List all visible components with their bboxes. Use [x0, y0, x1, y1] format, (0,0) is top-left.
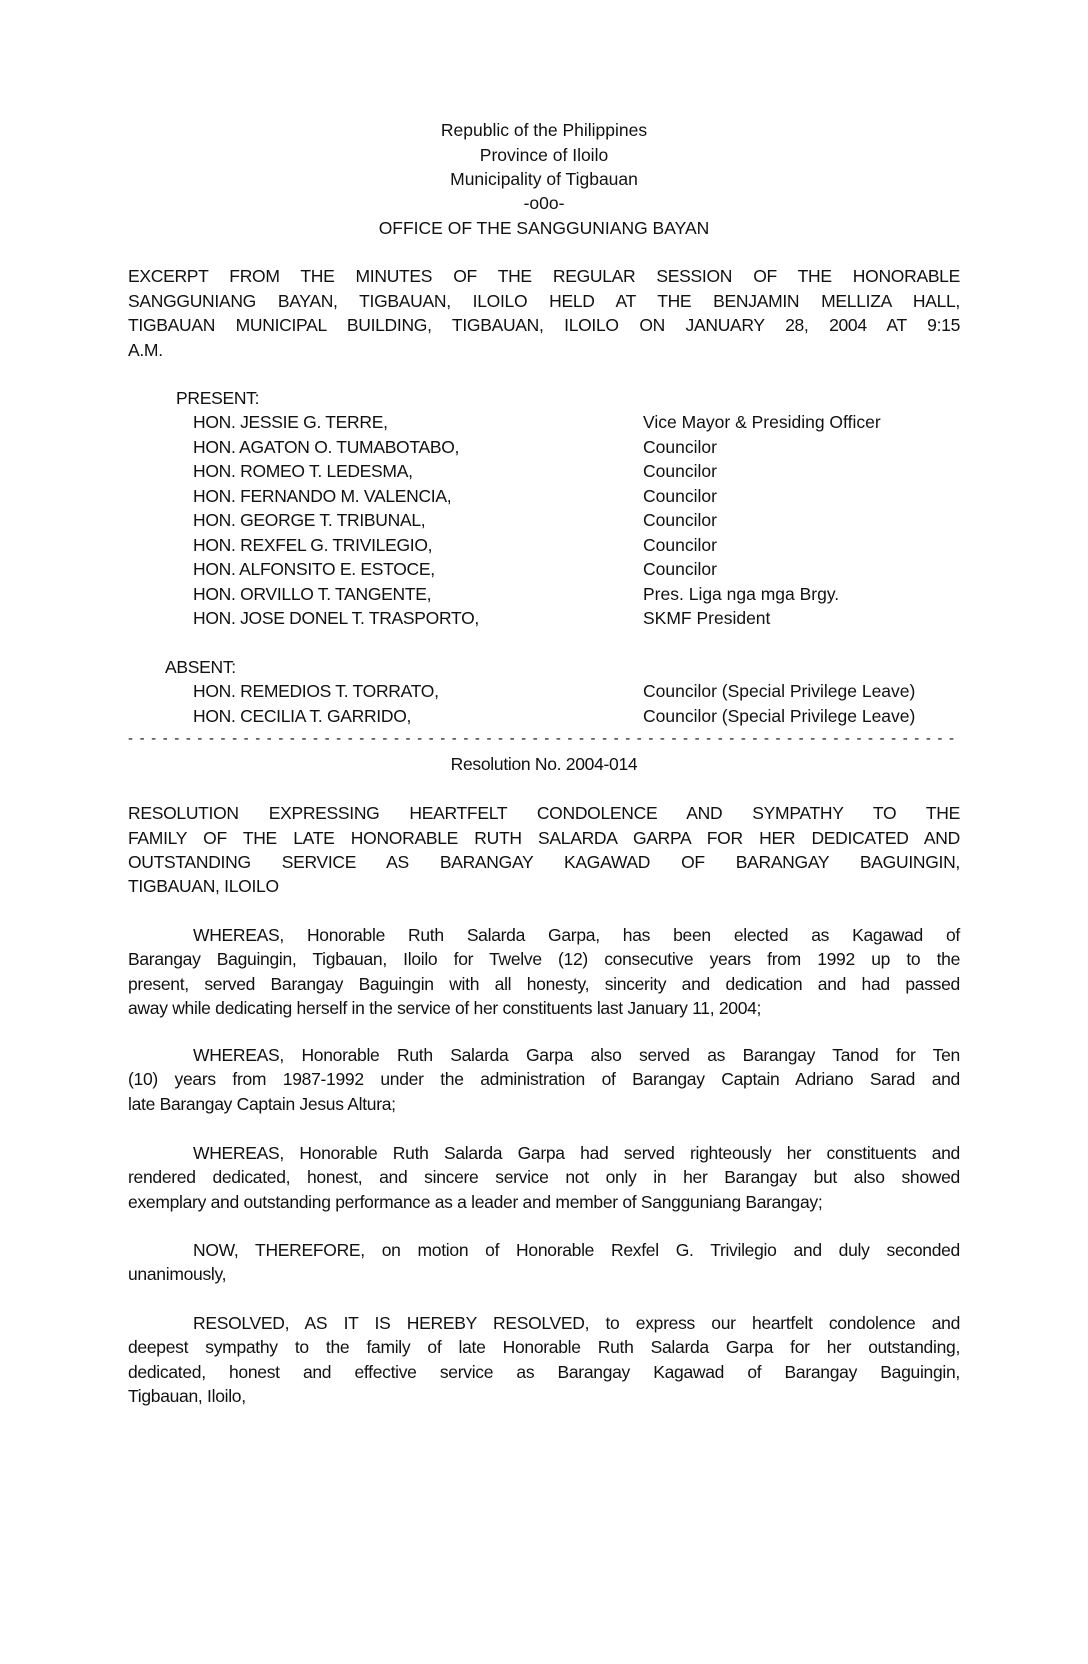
paragraph-line: dedicated, honest and effective service … [128, 1362, 960, 1383]
paragraph-line: RESOLVED, AS IT IS HEREBY RESOLVED, to e… [193, 1313, 960, 1334]
resolution-title-line: OUTSTANDING SERVICE AS BARANGAY KAGAWAD … [128, 852, 960, 873]
excerpt-line: EXCERPT FROM THE MINUTES OF THE REGULAR … [128, 266, 960, 287]
attendee-name: HON. GEORGE T. TRIBUNAL, [193, 510, 425, 531]
header-separator: -o0o- [0, 193, 1088, 214]
absent-label: ABSENT: [165, 657, 236, 678]
attendee-name: HON. REXFEL G. TRIVILEGIO, [193, 535, 432, 556]
paragraph-line: exemplary and outstanding performance as… [128, 1192, 960, 1213]
paragraph-line: rendered dedicated, honest, and sincere … [128, 1167, 960, 1188]
paragraph-line: deepest sympathy to the family of late H… [128, 1337, 960, 1358]
header-province: Province of Iloilo [0, 145, 1088, 166]
paragraph-line: NOW, THEREFORE, on motion of Honorable R… [193, 1240, 960, 1261]
document-page: Republic of the Philippines Province of … [0, 0, 1088, 1664]
attendee-position: Vice Mayor & Presiding Officer [643, 412, 881, 433]
resolution-title-line: FAMILY OF THE LATE HONORABLE RUTH SALARD… [128, 828, 960, 849]
paragraph-line: WHEREAS, Honorable Ruth Salarda Garpa al… [193, 1045, 960, 1066]
attendee-name: HON. REMEDIOS T. TORRATO, [193, 681, 439, 702]
attendee-name: HON. ORVILLO T. TANGENTE, [193, 584, 431, 605]
attendee-position: Councilor [643, 437, 717, 458]
excerpt-line: SANGGUNIANG BAYAN, TIGBAUAN, ILOILO HELD… [128, 291, 960, 312]
paragraph-line: present, served Barangay Baguingin with … [128, 974, 960, 995]
header-republic: Republic of the Philippines [0, 120, 1088, 141]
resolution-title-line: TIGBAUAN, ILOILO [128, 876, 960, 897]
paragraph-line: late Barangay Captain Jesus Altura; [128, 1094, 960, 1115]
attendee-name: HON. ROMEO T. LEDESMA, [193, 461, 413, 482]
attendee-name: HON. JOSE DONEL T. TRASPORTO, [193, 608, 479, 629]
paragraph-line: WHEREAS, Honorable Ruth Salarda Garpa, h… [193, 925, 960, 946]
paragraph-line: Tigbauan, Iloilo, [128, 1386, 960, 1407]
attendee-position: Pres. Liga nga mga Brgy. [643, 584, 839, 605]
paragraph-line: Barangay Baguingin, Tigbauan, Iloilo for… [128, 949, 960, 970]
paragraph-line: WHEREAS, Honorable Ruth Salarda Garpa ha… [193, 1143, 960, 1164]
divider-line: - - - - - - - - - - - - - - - - - - - - … [128, 730, 960, 747]
attendee-name: HON. CECILIA T. GARRIDO, [193, 706, 411, 727]
attendee-position: Councilor [643, 461, 717, 482]
attendee-name: HON. JESSIE G. TERRE, [193, 412, 388, 433]
attendee-name: HON. FERNANDO M. VALENCIA, [193, 486, 451, 507]
attendee-position: Councilor [643, 535, 717, 556]
paragraph-line: away while dedicating herself in the ser… [128, 998, 960, 1019]
excerpt-line: TIGBAUAN MUNICIPAL BUILDING, TIGBAUAN, I… [128, 315, 960, 336]
attendee-name: HON. ALFONSITO E. ESTOCE, [193, 559, 435, 580]
resolution-title-line: RESOLUTION EXPRESSING HEARTFELT CONDOLEN… [128, 803, 960, 824]
paragraph-line: unanimously, [128, 1264, 960, 1285]
resolution-number: Resolution No. 2004-014 [0, 754, 1088, 775]
paragraph-line: (10) years from 1987-1992 under the admi… [128, 1069, 960, 1090]
attendee-position: Councilor (Special Privilege Leave) [643, 681, 915, 702]
present-label: PRESENT: [176, 388, 259, 409]
header-office: OFFICE OF THE SANGGUNIANG BAYAN [0, 218, 1088, 239]
attendee-name: HON. AGATON O. TUMABOTABO, [193, 437, 459, 458]
attendee-position: Councilor [643, 510, 717, 531]
attendee-position: Councilor (Special Privilege Leave) [643, 706, 915, 727]
header-municipality: Municipality of Tigbauan [0, 169, 1088, 190]
attendee-position: SKMF President [643, 608, 770, 629]
attendee-position: Councilor [643, 559, 717, 580]
excerpt-line: A.M. [128, 340, 960, 361]
attendee-position: Councilor [643, 486, 717, 507]
